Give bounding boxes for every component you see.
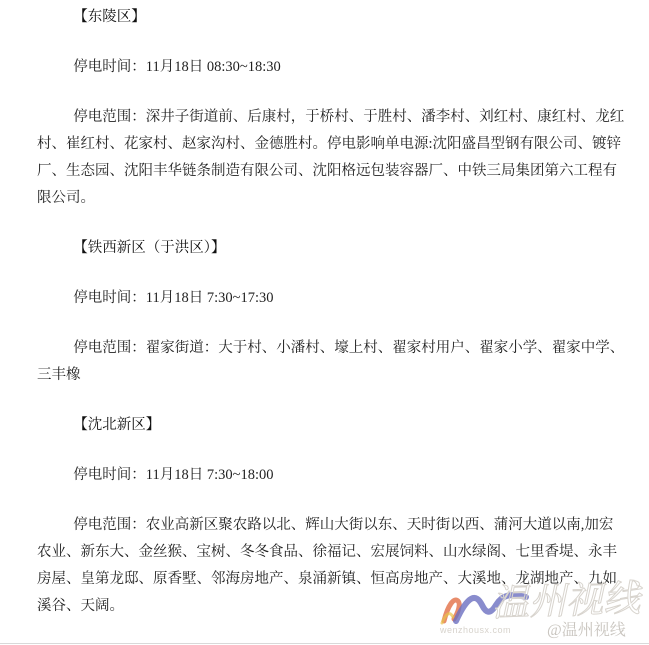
outage-range-dongling: 停电范围：深井子街道前、后康村，于桥村、于胜村、潘李村、刘红村、康红村、龙红村、…	[37, 104, 625, 212]
section-heading-tiexi: 【铁西新区（于洪区）】	[37, 235, 625, 262]
section-heading-dongling: 【东陵区】	[37, 4, 625, 31]
outage-time-dongling: 停电时间：11月18日 08:30~18:30	[37, 54, 625, 81]
outage-range-shenbei: 停电范围：农业高新区聚农路以北、辉山大街以东、天时街以西、蒲河大道以南,加宏农业…	[37, 512, 625, 620]
outage-time-shenbei: 停电时间：11月18日 7:30~18:00	[37, 462, 625, 489]
outage-time-tiexi: 停电时间：11月18日 7:30~17:30	[37, 285, 625, 312]
section-heading-shenbei: 【沈北新区】	[37, 412, 625, 439]
outage-range-tiexi: 停电范围：翟家街道：大于村、小潘村、壕上村、翟家村用户、翟家小学、翟家中学、三丰…	[37, 335, 625, 389]
power-outage-notice: 【东陵区】 停电时间：11月18日 08:30~18:30 停电范围：深井子街道…	[0, 4, 649, 643]
bottom-rule	[0, 643, 649, 644]
